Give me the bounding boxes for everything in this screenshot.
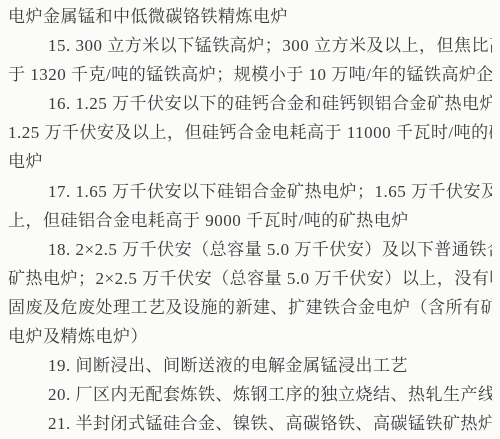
document-line: 18. 2×2.5 万千伏安（总容量 5.0 万千伏安）及以下普通铁合金 <box>8 235 492 264</box>
document-line: 矿热电炉；2×2.5 万千伏安（总容量 5.0 万千伏安）以上，没有明确 <box>8 264 492 293</box>
document-page: 电炉金属锰和中低微碳铬铁精炼电炉15. 300 立方米以下锰铁高炉；300 立方… <box>0 0 500 439</box>
document-line: 于 1320 千克/吨的锰铁高炉；规模小于 10 万吨/年的锰铁高炉企业 <box>8 60 492 89</box>
document-line: 电炉及精炼电炉） <box>8 322 492 351</box>
document-line: 电炉 <box>8 147 492 176</box>
document-line: 16. 1.25 万千伏安以下的硅钙合金和硅钙钡铝合金矿热电炉； <box>8 89 492 118</box>
document-line: 上，但硅铝合金电耗高于 9000 千瓦时/吨的矿热电炉 <box>8 206 492 235</box>
document-line: 电炉金属锰和中低微碳铬铁精炼电炉 <box>8 2 492 31</box>
document-line: 19. 间断浸出、间断送液的电解金属锰浸出工艺 <box>8 351 492 380</box>
document-line: 1.25 万千伏安及以上，但硅钙合金电耗高于 11000 千瓦时/吨的矿热 <box>8 118 492 147</box>
document-line: 21. 半封闭式锰硅合金、镍铁、高碳铬铁、高碳锰铁矿热炉 <box>8 409 492 438</box>
document-line: 20. 厂区内无配套炼铁、炼钢工序的独立烧结、热轧生产线 <box>8 380 492 409</box>
document-line: 固废及危废处理工艺及设施的新建、扩建铁合金电炉（含所有矿热 <box>8 293 492 322</box>
document-body: 电炉金属锰和中低微碳铬铁精炼电炉15. 300 立方米以下锰铁高炉；300 立方… <box>8 2 492 438</box>
document-line: 15. 300 立方米以下锰铁高炉；300 立方米及以上，但焦比高 <box>8 31 492 60</box>
document-line: 17. 1.65 万千伏安以下硅铝合金矿热电炉；1.65 万千伏安及以 <box>8 177 492 206</box>
